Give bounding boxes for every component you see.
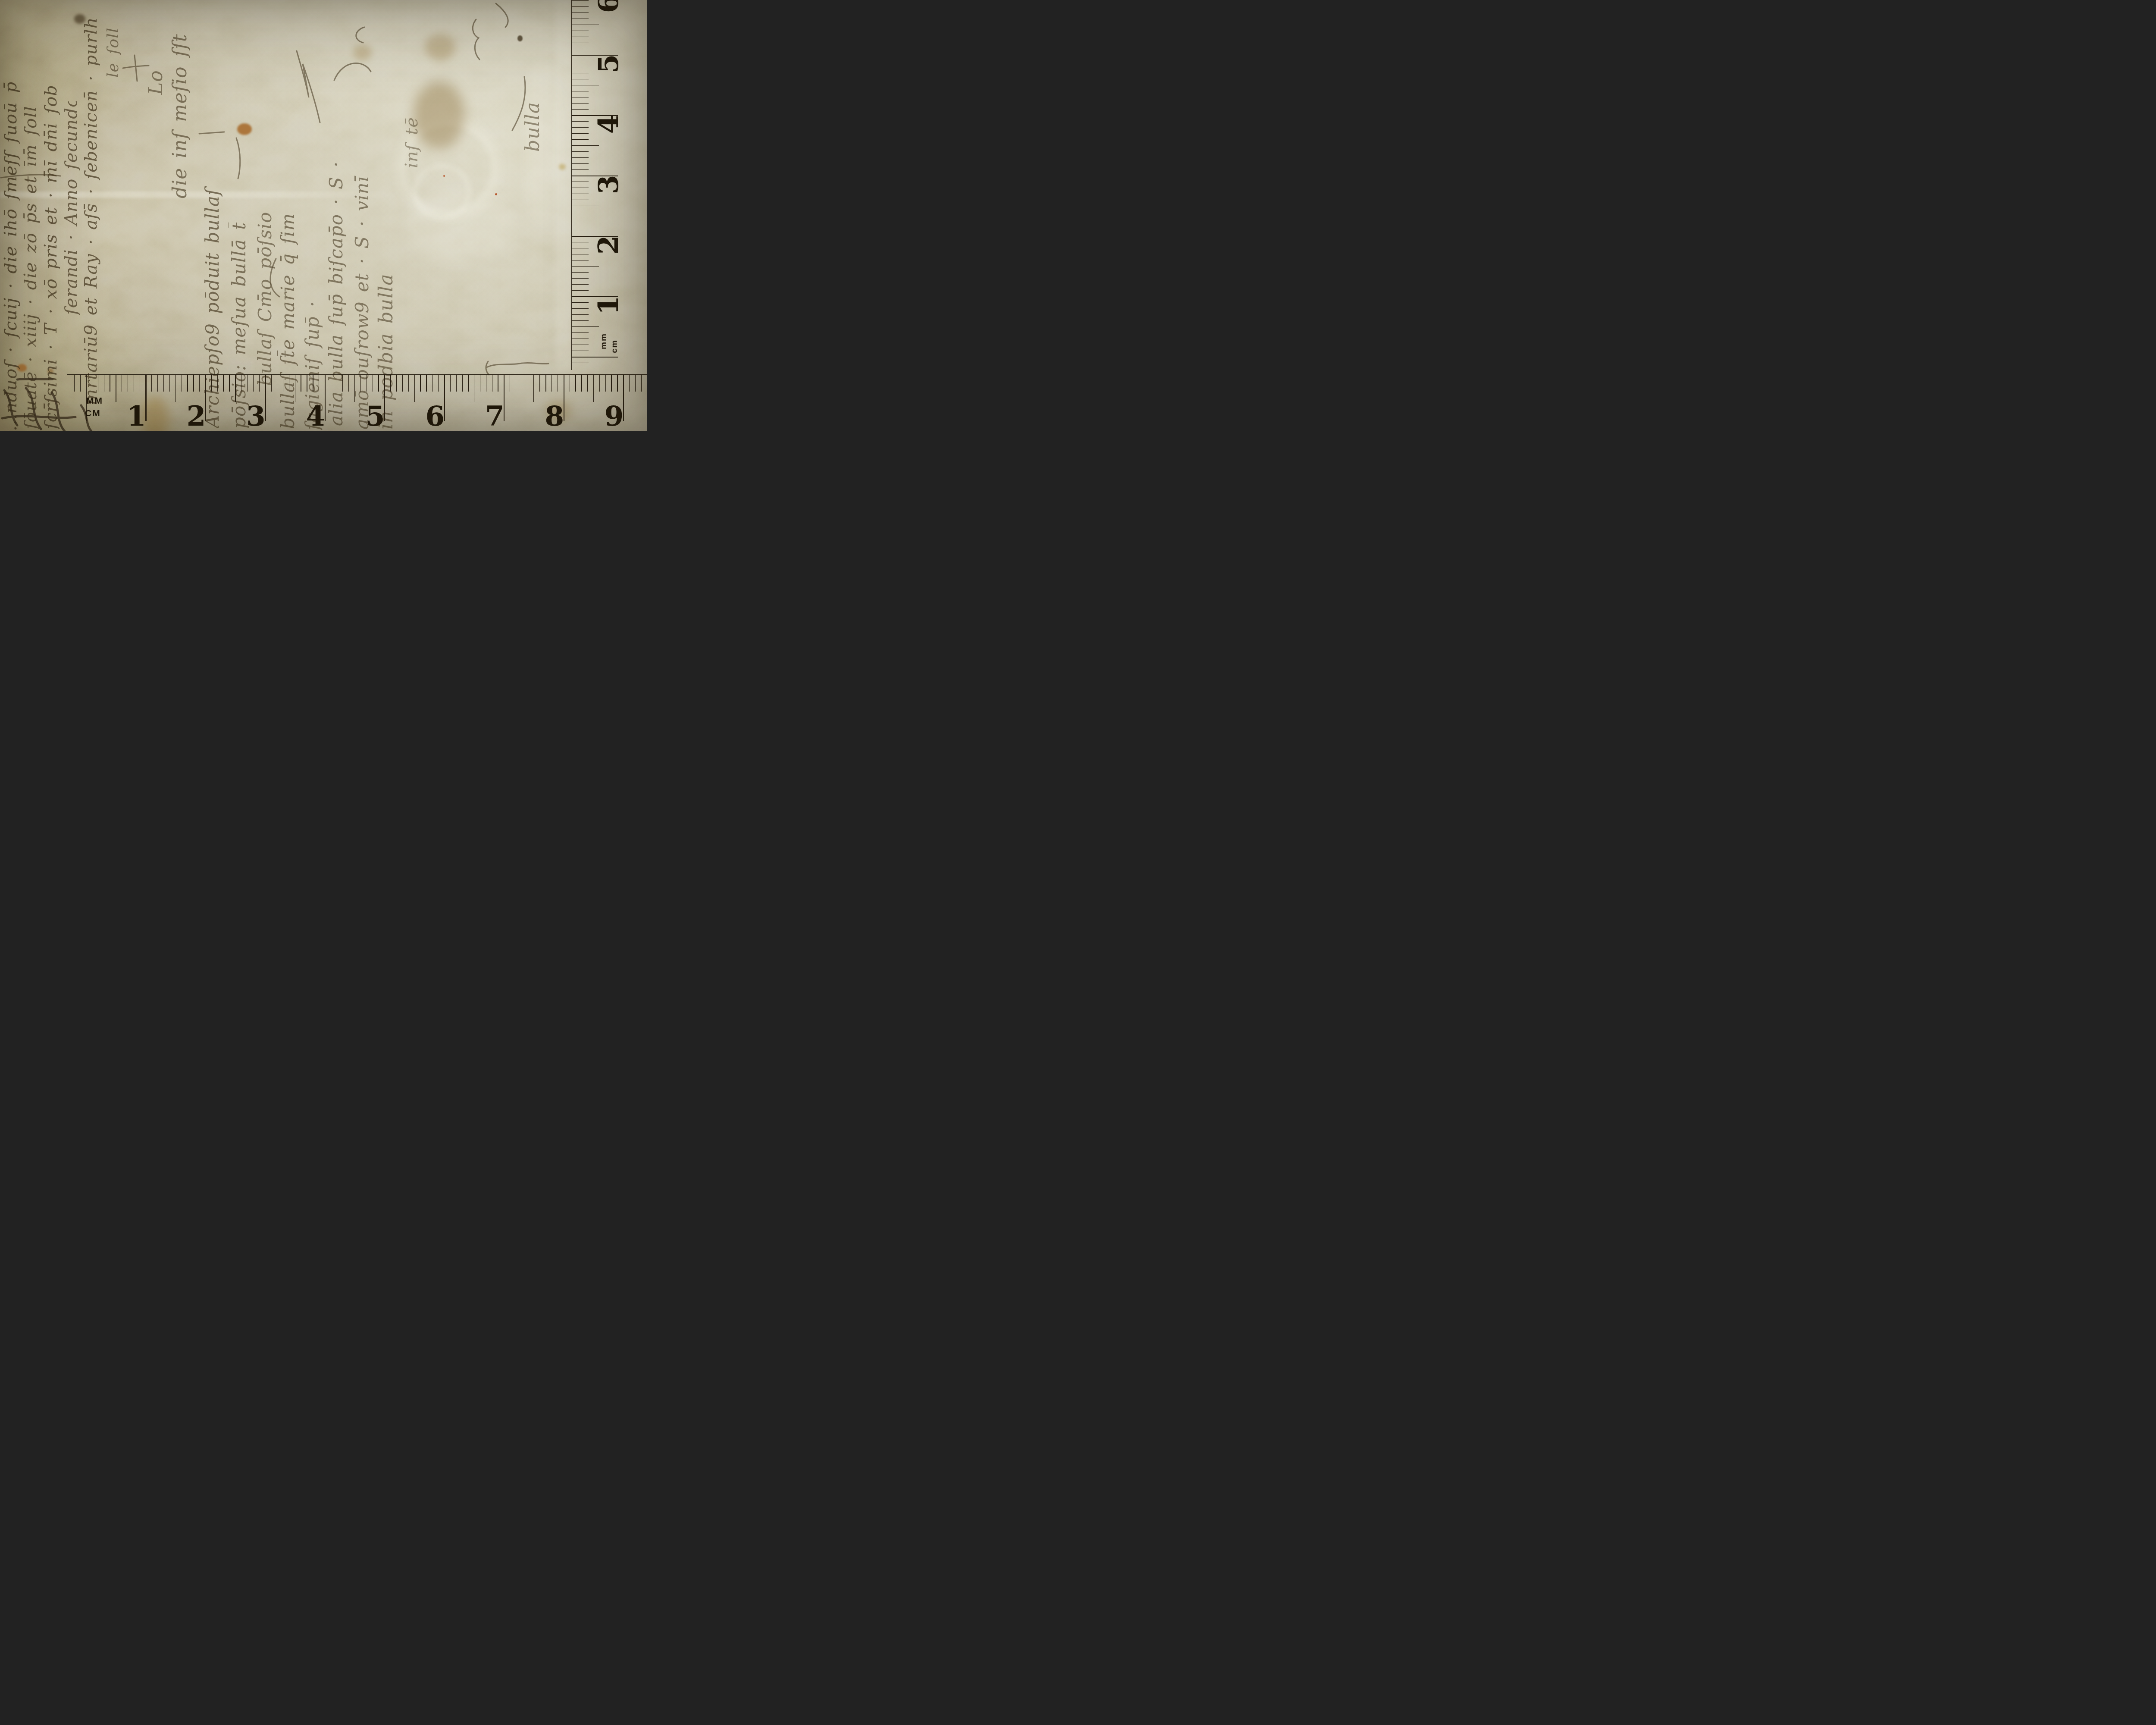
text-column-line: Lo bbox=[145, 34, 167, 95]
text-column-line: Archiepſ̄o9 pōduit bullaſ bbox=[202, 159, 223, 428]
manuscript-text-layer: …nduoſ · ſcuij · die ihō ſmēſſ ſuoū p̄ſō… bbox=[0, 0, 647, 431]
text-column-line: die inſ̄ meſio ſſt̄ bbox=[169, 13, 191, 198]
text-column: die inſ̄ meſio ſſt̄ bbox=[169, 13, 354, 37]
text-column: amō ouſrow9 et · S · vinī bbox=[351, 141, 639, 164]
text-column: in podbia bulla bbox=[375, 247, 558, 270]
text-column-line: inſ tē bbox=[402, 65, 422, 168]
text-column-line: mrtariū9 et Ray · aſs̄ · ſebenicen̄ · pu… bbox=[81, 15, 101, 405]
text-column-line: pōſsio: meſua bullā t̄ bbox=[229, 74, 250, 429]
text-column-line: bulla bbox=[522, 74, 544, 152]
text-column-line: ſagieniſ ſup̄ · bbox=[302, 247, 323, 430]
text-column-line: amō ouſrow9 et · S · vinī bbox=[351, 141, 373, 430]
text-column-line: ſcr̄ſsimi · T · xō pris et · m̄ī dn̄i ſo… bbox=[41, 2, 61, 429]
text-column-line: bullaſ Cm̄o pōſsio bbox=[254, 142, 276, 386]
text-column: bulla bbox=[522, 74, 599, 98]
text-column-line: ſerandi · Anno ſecundo bbox=[61, 101, 81, 315]
text-column-line: ſōuatē · xiiij · die zō p̄s et īm̄ ſoll bbox=[21, 0, 41, 429]
text-column: inſ tē bbox=[402, 65, 505, 86]
text-column-line: bullaſ ſt̄e marie q̄ ſim bbox=[277, 73, 298, 429]
text-column-line: …nduoſ · ſcuij · die ihō ſmēſſ ſuoū p̄ bbox=[1, 0, 21, 431]
text-column-line: in podbia bulla bbox=[375, 247, 397, 430]
text-column-line: alia bulla ſup̄ biſcap̄o · S · bbox=[326, 64, 347, 426]
text-column-line: le ſoll bbox=[104, 2, 122, 78]
manuscript-photo: …nduoſ · ſcuij · die ihō ſmēſſ ſuoū p̄ſō… bbox=[0, 0, 647, 431]
text-column: le ſoll bbox=[104, 2, 180, 22]
